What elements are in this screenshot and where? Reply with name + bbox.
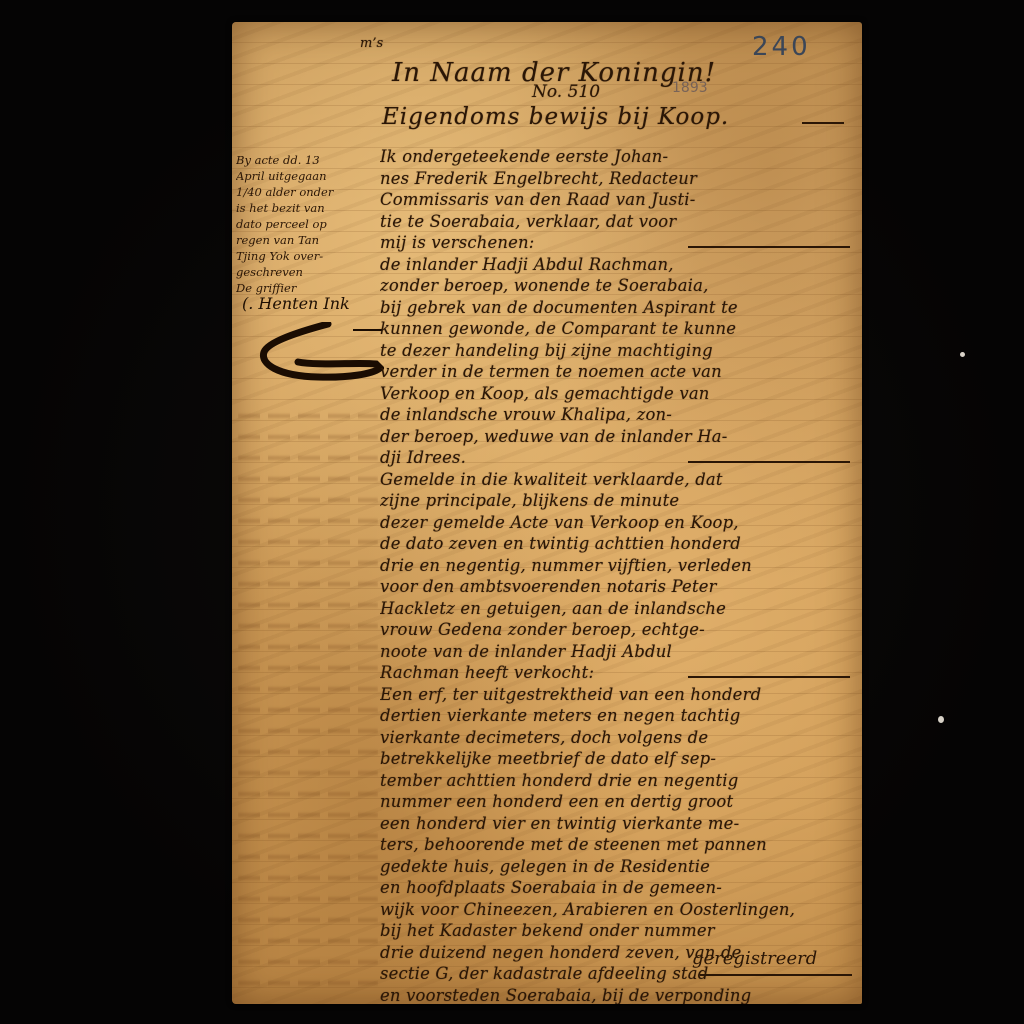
body-line: nummer een honderd een en dertig groot [380,791,856,813]
body-line: tie te Soerabaia, verklaar, dat voor [380,211,856,233]
margin-note-line: is het bezit van [236,200,378,216]
dust-speck [938,716,944,723]
body-line: Rachman heeft verkocht: [380,662,856,684]
photo-background: 240 1893 m’s In Naam der Koningin! No. 5… [0,0,1024,1024]
signature-flourish-icon [258,322,384,382]
body-line: der beroep, weduwe van de inlander Ha- [380,426,856,448]
margin-note-line: geschreven [236,264,378,280]
body-line: wijk voor Chineezen, Arabieren en Ooster… [380,899,856,921]
dust-speck [960,352,965,357]
body-line: bij gebrek van de documenten Aspirant te [380,297,856,319]
margin-note: By acte dd. 13April uitgegaan1/40 alder … [236,152,378,296]
heading-subtitle: Eigendoms bewijs bij Koop. [382,104,729,130]
body-line: Hackletz en getuigen, aan de inlandsche [380,598,856,620]
margin-note-line: dato perceel op [236,216,378,232]
margin-note-line: April uitgegaan [236,168,378,184]
margin-note-line: regen van Tan [236,232,378,248]
body-line: verder in de termen te noemen acte van [380,361,856,383]
body-line: mij is verschenen: [380,232,856,254]
body-line: tember achttien honderd drie en negentig [380,770,856,792]
heading-number: No. 510 [532,82,600,102]
margin-note-line: By acte dd. 13 [236,152,378,168]
body-line: en hoofdplaats Soerabaia in de gemeen- [380,877,856,899]
margin-note-line: 1/40 alder onder [236,184,378,200]
archive-number: 240 [752,32,811,62]
body-line: een honderd vier en twintig vierkante me… [380,813,856,835]
body-line: vierkante decimeters, doch volgens de [380,727,856,749]
closing-rule [700,974,852,976]
body-line: ters, behoorende met de steenen met pann… [380,834,856,856]
body-line: Commissaris van den Raad van Justi- [380,189,856,211]
body-line: Ik ondergeteekende eerste Johan- [380,146,856,168]
body-line: de inlandsche vrouw Khalipa, zon- [380,404,856,426]
closing-word: geregistreerd [692,948,817,969]
body-line: dji Idrees. [380,447,856,469]
margin-signature: (. Henten Ink [242,294,350,313]
body-line: dertien vierkante meters en negen tachti… [380,705,856,727]
body-line: bij het Kadaster bekend onder nummer [380,920,856,942]
body-line: dezer gemelde Acte van Verkoop en Koop, [380,512,856,534]
body-line: Verkoop en Koop, als gemachtigde van [380,383,856,405]
body-line: Een erf, ter uitgestrektheid van een hon… [380,684,856,706]
margin-note-line: Tjing Yok over- [236,248,378,264]
body-line: de dato zeven en twintig achttien honder… [380,533,856,555]
document-page: 240 1893 m’s In Naam der Koningin! No. 5… [232,22,862,1004]
body-line: en voorsteden Soerabaia, bij de verpondi… [380,985,856,1005]
body-line: de inlander Hadji Abdul Rachman, [380,254,856,276]
body-line: kunnen gewonde, de Comparant te kunne [380,318,856,340]
body-line: betrekkelijke meetbrief de dato elf sep- [380,748,856,770]
body-line: Gemelde in die kwaliteit verklaarde, dat [380,469,856,491]
document-body: Ik ondergeteekende eerste Johan-nes Fred… [380,146,856,1004]
body-line: gedekte huis, gelegen in de Residentie [380,856,856,878]
bleed-through-text [238,402,378,992]
body-line: zijne principale, blijkens de minute [380,490,856,512]
body-line: vrouw Gedena zonder beroep, echtge- [380,619,856,641]
body-line: nes Frederik Engelbrecht, Redacteur [380,168,856,190]
body-line: voor den ambtsvoerenden notaris Peter [380,576,856,598]
body-line: zonder beroep, wonende te Soerabaia, [380,275,856,297]
body-line: te dezer handeling bij zijne machtiging [380,340,856,362]
body-line: drie en negentig, nummer vijftien, verle… [380,555,856,577]
heading-rule [802,122,844,124]
corner-note: m’s [360,36,383,51]
body-line: noote van de inlander Hadji Abdul [380,641,856,663]
